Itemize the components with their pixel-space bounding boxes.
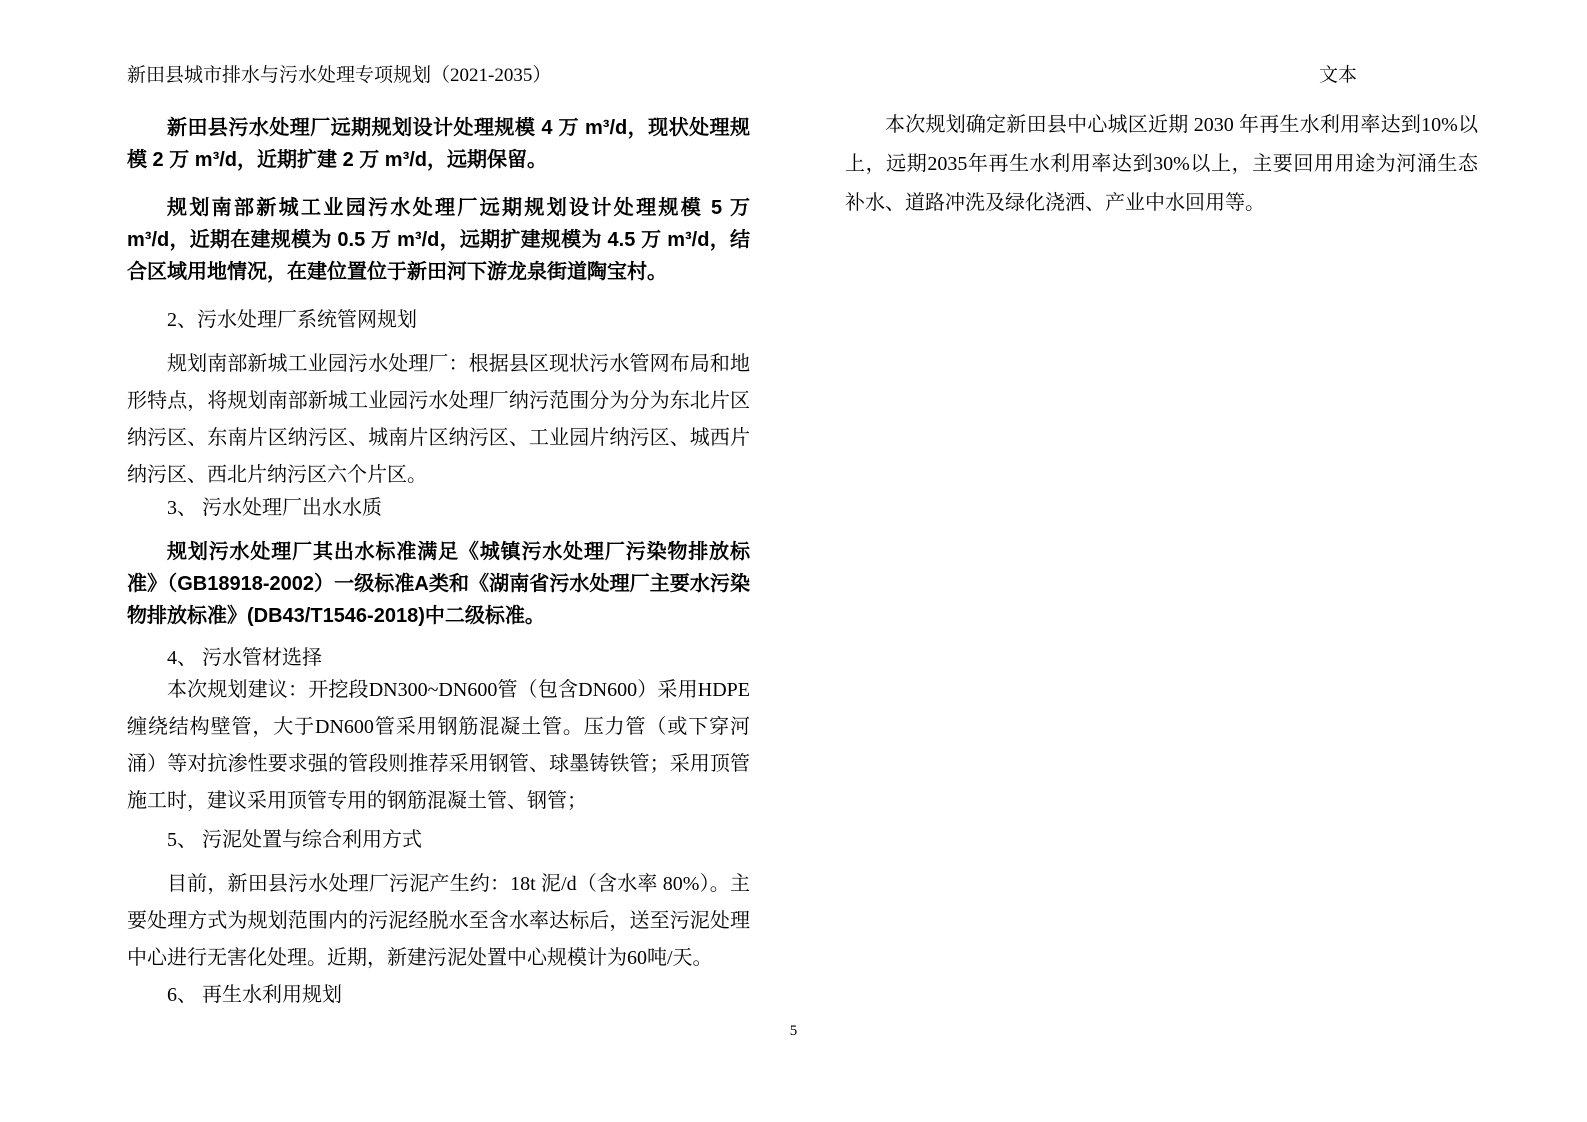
section-heading: 5、 污泥处置与综合利用方式 — [127, 826, 750, 854]
body-paragraph: 目前，新田县污水处理厂污泥产生约：18t 泥/d（含水率 80%）。主要处理方式… — [127, 866, 750, 977]
document-page: 新田县城市排水与污水处理专项规划（2021-2035） 文本 新田县污水处理厂远… — [0, 0, 1587, 1122]
emphasis-paragraph: 规划污水处理厂其出水标准满足《城镇污水处理厂污染物排放标准》（GB18918-2… — [127, 536, 750, 632]
content-columns: 新田县污水处理厂远期规划设计处理规模 4 万 m³/d，现状处理规模 2 万 m… — [127, 90, 1478, 1009]
page-header: 新田县城市排水与污水处理专项规划（2021-2035） 文本 — [127, 62, 1478, 90]
left-text-column: 新田县污水处理厂远期规划设计处理规模 4 万 m³/d，现状处理规模 2 万 m… — [127, 90, 750, 1009]
emphasis-paragraph: 新田县污水处理厂远期规划设计处理规模 4 万 m³/d，现状处理规模 2 万 m… — [127, 112, 750, 176]
section-heading: 6、 再生水利用规划 — [127, 981, 750, 1009]
header-document-title: 新田县城市排水与污水处理专项规划（2021-2035） — [127, 62, 551, 90]
section-heading: 2、污水处理厂系统管网规划 — [127, 306, 750, 334]
body-paragraph: 规划南部新城工业园污水处理厂：根据县区现状污水管网布局和地形特点，将规划南部新城… — [127, 346, 750, 494]
header-volume-label: 文本 — [1319, 62, 1357, 90]
right-text-column: 本次规划确定新田县中心城区近期 2030 年再生水利用率达到10%以上，远期20… — [845, 90, 1478, 223]
body-paragraph: 本次规划建议：开挖段DN300~DN600管（包含DN600）采用HDPE缠绕结… — [127, 672, 750, 820]
body-paragraph: 本次规划确定新田县中心城区近期 2030 年再生水利用率达到10%以上，远期20… — [845, 106, 1478, 223]
section-heading: 4、 污水管材选择 — [127, 644, 750, 672]
section-heading: 3、 污水处理厂出水水质 — [127, 494, 750, 522]
page-number: 5 — [790, 1022, 798, 1040]
emphasis-paragraph: 规划南部新城工业园污水处理厂远期规划设计处理规模 5 万 m³/d，近期在建规模… — [127, 192, 750, 288]
